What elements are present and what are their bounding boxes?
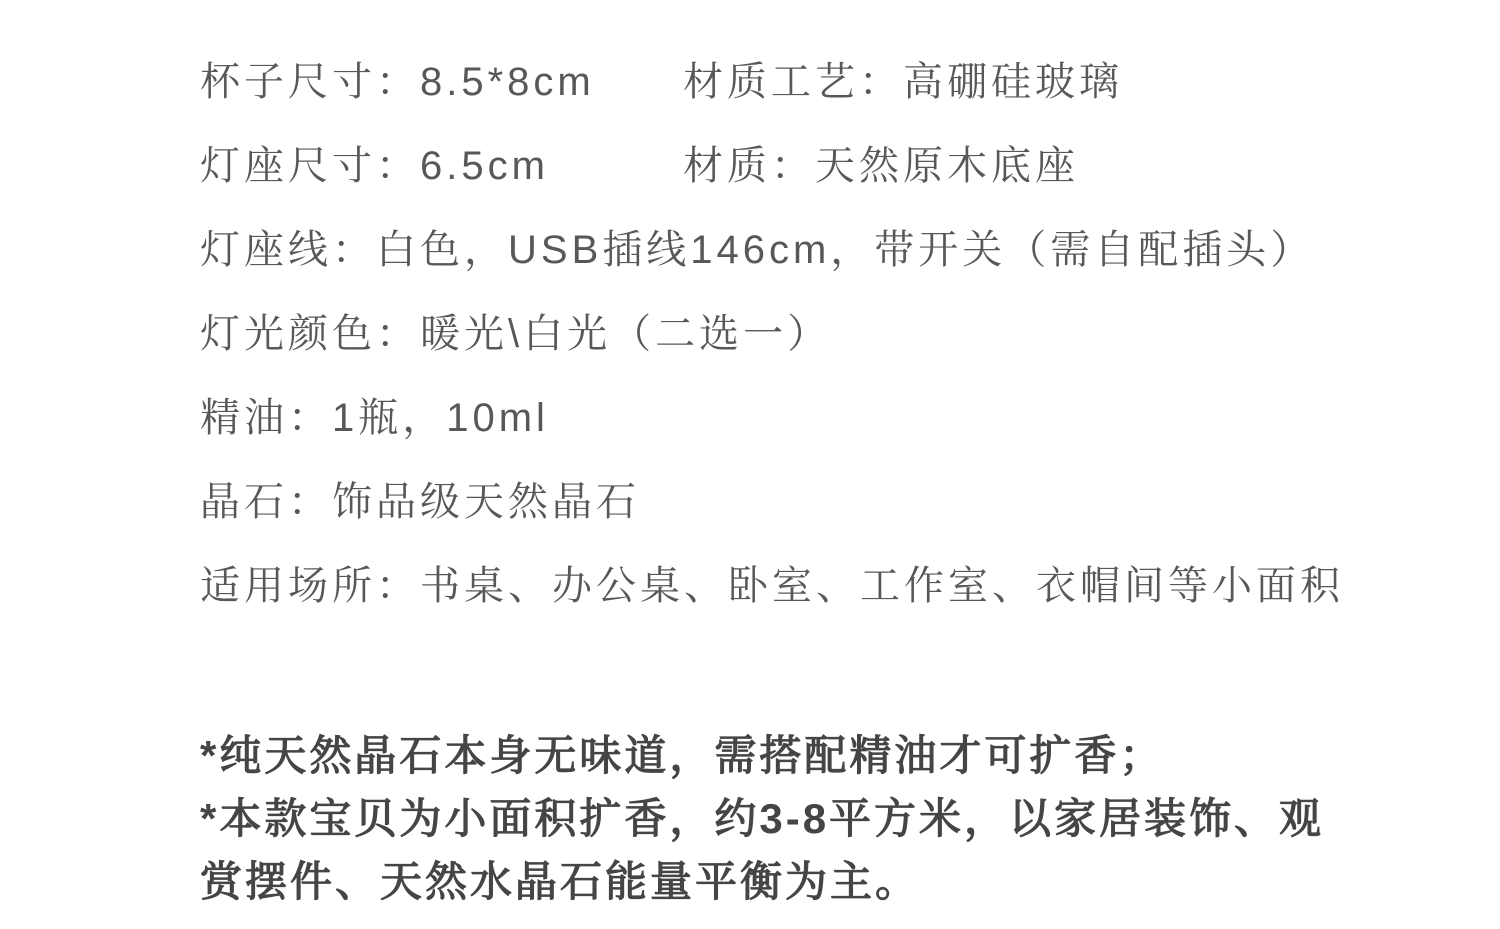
note-coverage: *本款宝贝为小面积扩香，约3-8平方米，以家居装饰、观赏摆件、天然水晶石能量平衡… — [200, 787, 1340, 913]
spec-row-base-size: 灯座尺寸：6.5cm 材质：天然原木底座 — [200, 146, 1360, 186]
spec-row-cup-size: 杯子尺寸：8.5*8cm 材质工艺：高硼硅玻璃 — [200, 62, 1360, 102]
spec-essential-oil: 精油：1瓶，10ml — [200, 398, 683, 438]
spec-crystal: 晶石：饰品级天然晶石 — [200, 482, 683, 522]
product-notes: *纯天然晶石本身无味道，需搭配精油才可扩香； *本款宝贝为小面积扩香，约3-8平… — [200, 724, 1340, 913]
spec-list: 杯子尺寸：8.5*8cm 材质工艺：高硼硅玻璃 灯座尺寸：6.5cm 材质：天然… — [200, 62, 1360, 606]
spec-light-color: 灯光颜色：暖光\白光（二选一） — [200, 314, 831, 354]
spec-cord: 灯座线：白色，USB插线146cm，带开关（需自配插头） — [200, 230, 1314, 270]
spec-row-crystal: 晶石：饰品级天然晶石 — [200, 482, 1360, 522]
spec-base-size: 灯座尺寸：6.5cm — [200, 146, 683, 186]
note-scent: *纯天然晶石本身无味道，需搭配精油才可扩香； — [200, 724, 1340, 787]
spec-row-usage-places: 适用场所：书桌、办公桌、卧室、工作室、衣帽间等小面积 — [200, 566, 1360, 606]
spec-row-light-color: 灯光颜色：暖光\白光（二选一） — [200, 314, 1360, 354]
spec-base-material: 材质：天然原木底座 — [683, 146, 1079, 186]
spec-row-cord: 灯座线：白色，USB插线146cm，带开关（需自配插头） — [200, 230, 1360, 270]
spec-row-essential-oil: 精油：1瓶，10ml — [200, 398, 1360, 438]
spec-usage-places: 适用场所：书桌、办公桌、卧室、工作室、衣帽间等小面积 — [200, 566, 1344, 606]
spec-cup-material: 材质工艺：高硼硅玻璃 — [683, 62, 1123, 102]
product-spec-panel: 杯子尺寸：8.5*8cm 材质工艺：高硼硅玻璃 灯座尺寸：6.5cm 材质：天然… — [200, 62, 1360, 913]
spec-cup-size: 杯子尺寸：8.5*8cm — [200, 62, 683, 102]
